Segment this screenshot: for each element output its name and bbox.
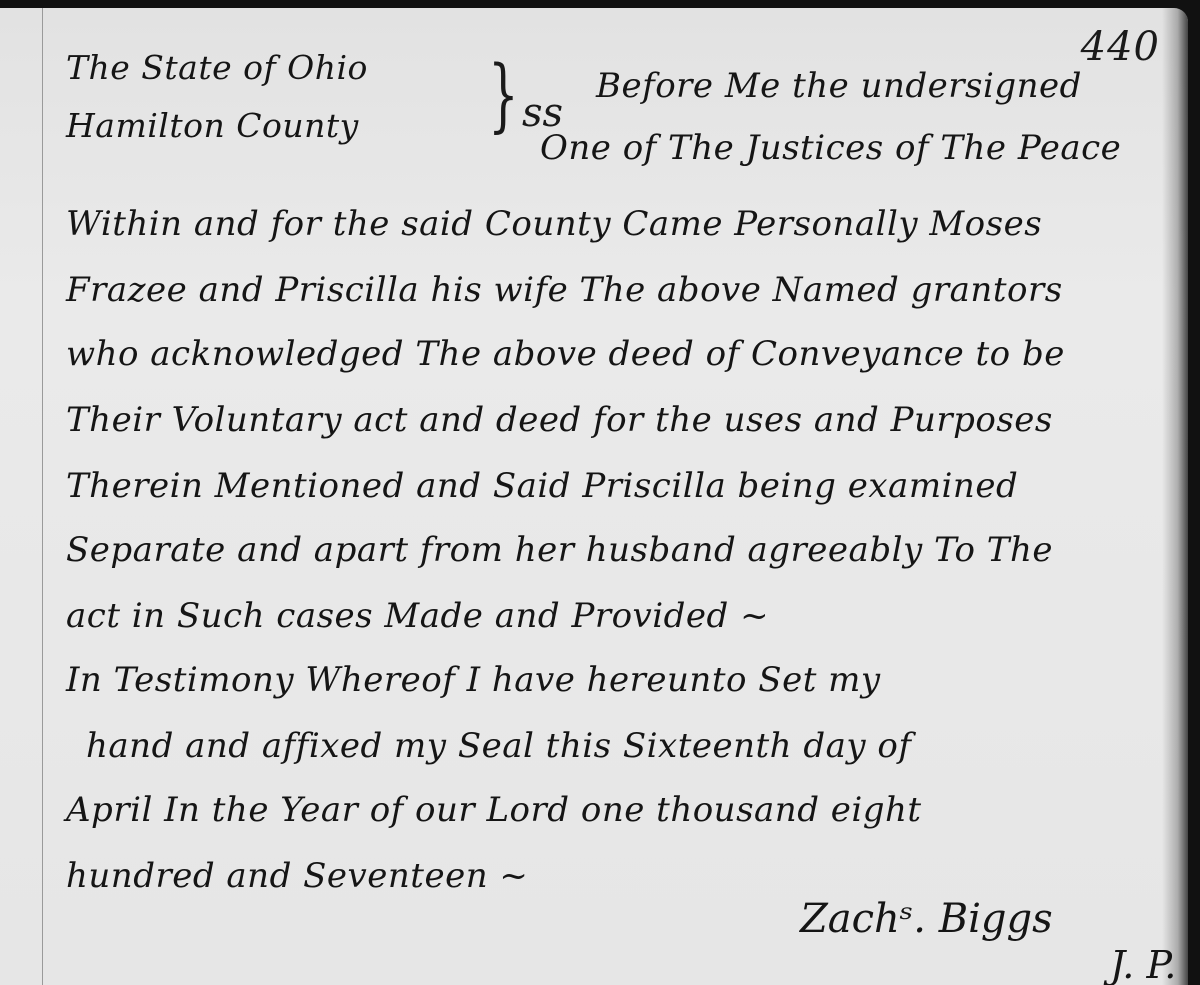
text-line-5: who acknowledged The above deed of Conve… <box>66 334 1065 374</box>
ledger-page: 440 The State of Ohio Hamilton County } … <box>0 8 1188 985</box>
signature-title: J. P. <box>1110 943 1176 985</box>
text-line-8: Separate and apart from her husband agre… <box>66 530 1053 570</box>
venue-bracket: } <box>488 48 519 141</box>
text-line-10: In Testimony Whereof I have hereunto Set… <box>66 660 881 700</box>
text-line-3: Within and for the said County Came Pers… <box>66 204 1042 244</box>
venue-county: Hamilton County <box>66 106 359 145</box>
margin-rule <box>42 8 43 985</box>
text-line-6: Their Voluntary act and deed for the use… <box>66 400 1053 440</box>
text-line-2: One of The Justices of The Peace <box>540 128 1121 168</box>
justice-signature: Zachˢ. Biggs <box>800 896 1053 942</box>
text-line-9: act in Such cases Made and Provided ~ <box>66 596 769 636</box>
text-line-7: Therein Mentioned and Said Priscilla bei… <box>66 466 1018 506</box>
venue-state: The State of Ohio <box>66 48 368 87</box>
text-line-4: Frazee and Priscilla his wife The above … <box>66 270 1063 310</box>
text-line-1: Before Me the undersigned <box>596 66 1082 106</box>
text-line-11: hand and affixed my Seal this Sixteenth … <box>86 726 912 766</box>
text-line-12: April In the Year of our Lord one thousa… <box>66 790 922 830</box>
text-line-13: hundred and Seventeen ~ <box>66 856 528 896</box>
page-number: 440 <box>1081 24 1160 70</box>
